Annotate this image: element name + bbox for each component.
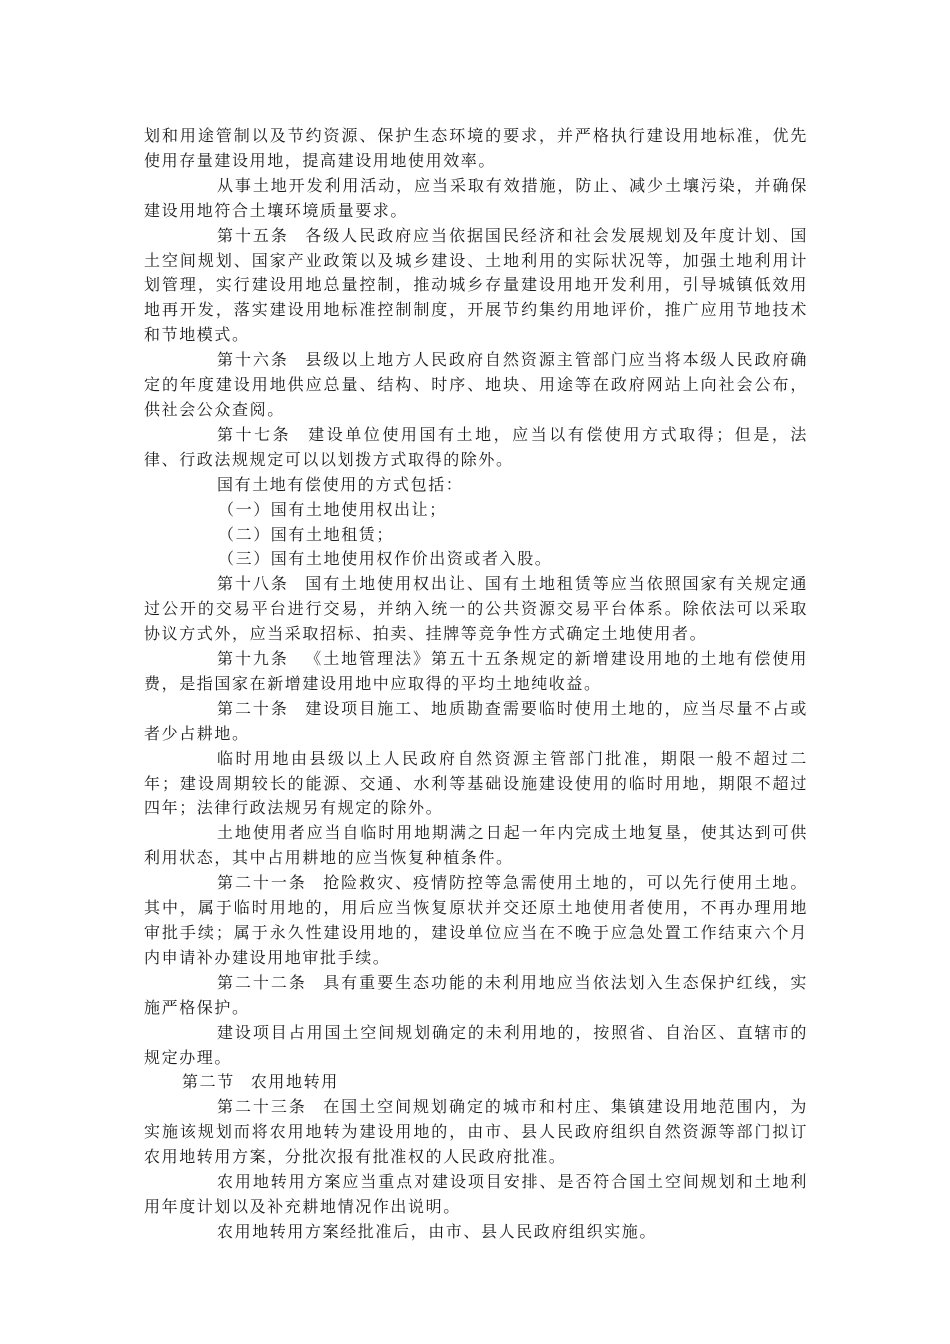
section-title: 农用地转用 xyxy=(251,1072,339,1091)
paragraph-unused-land: 建设项目占用国土空间规划确定的未利用地的，按照省、自治区、直辖市的规定办理。 xyxy=(144,1021,808,1071)
list-item: （二）国有土地租赁； xyxy=(144,523,808,548)
article-number: 第十八条 xyxy=(217,574,289,593)
paragraph-conversion-plan-focus: 农用地转用方案应当重点对建设项目安排、是否符合国土空间规划和土地利用年度计划以及… xyxy=(144,1170,808,1220)
article-20: 第二十条建设项目施工、地质勘查需要临时使用土地的，应当尽量不占或者少占耕地。 xyxy=(144,697,808,747)
article-18: 第十八条国有土地使用权出让、国有土地租赁等应当依照国家有关规定通过公开的交易平台… xyxy=(144,572,808,647)
article-number: 第二十条 xyxy=(217,699,289,718)
section-heading: 第二节农用地转用 xyxy=(144,1070,808,1095)
section-number: 第二节 xyxy=(182,1072,235,1091)
article-17: 第十七条建设单位使用国有土地，应当以有偿使用方式取得；但是，法律、行政法规规定可… xyxy=(144,423,808,473)
paragraph-paid-use-methods: 国有土地有偿使用的方式包括： xyxy=(144,473,808,498)
article-15: 第十五条各级人民政府应当依据国民经济和社会发展规划及年度计划、国土空间规划、国家… xyxy=(144,224,808,349)
article-number: 第二十二条 xyxy=(217,973,307,992)
article-number: 第十七条 xyxy=(217,425,291,444)
paragraph-conversion-plan-implementation: 农用地转用方案经批准后，由市、县人民政府组织实施。 xyxy=(144,1220,808,1245)
article-number: 第十六条 xyxy=(217,350,289,369)
article-16: 第十六条县级以上地方人民政府自然资源主管部门应当将本级人民政府确定的年度建设用地… xyxy=(144,348,808,423)
article-number: 第十五条 xyxy=(217,226,289,245)
paragraph-temporary-land-approval: 临时用地由县级以上人民政府自然资源主管部门批准，期限一般不超过二年；建设周期较长… xyxy=(144,747,808,822)
list-item: （三）国有土地使用权作价出资或者入股。 xyxy=(144,547,808,572)
article-number: 第十九条 xyxy=(217,649,289,668)
paragraph-land-reclamation: 土地使用者应当自临时用地期满之日起一年内完成土地复垦，使其达到可供利用状态，其中… xyxy=(144,821,808,871)
document-page: 划和用途管制以及节约资源、保护生态环境的要求，并严格执行建设用地标准，优先使用存… xyxy=(144,124,808,1245)
list-item: （一）国有土地使用权出让； xyxy=(144,498,808,523)
paragraph-continuation: 划和用途管制以及节约资源、保护生态环境的要求，并严格执行建设用地标准，优先使用存… xyxy=(144,124,808,174)
article-number: 第二十一条 xyxy=(217,873,307,892)
article-23: 第二十三条在国土空间规划确定的城市和村庄、集镇建设用地范围内，为实施该规划而将农… xyxy=(144,1095,808,1170)
article-22: 第二十二条具有重要生态功能的未利用地应当依法划入生态保护红线，实施严格保护。 xyxy=(144,971,808,1021)
article-19: 第十九条《土地管理法》第五十五条规定的新增建设用地的土地有偿使用费，是指国家在新… xyxy=(144,647,808,697)
paragraph-soil-pollution: 从事土地开发利用活动，应当采取有效措施，防止、减少土壤污染，并确保建设用地符合土… xyxy=(144,174,808,224)
article-21: 第二十一条抢险救灾、疫情防控等急需使用土地的，可以先行使用土地。其中，属于临时用… xyxy=(144,871,808,971)
article-number: 第二十三条 xyxy=(217,1097,307,1116)
